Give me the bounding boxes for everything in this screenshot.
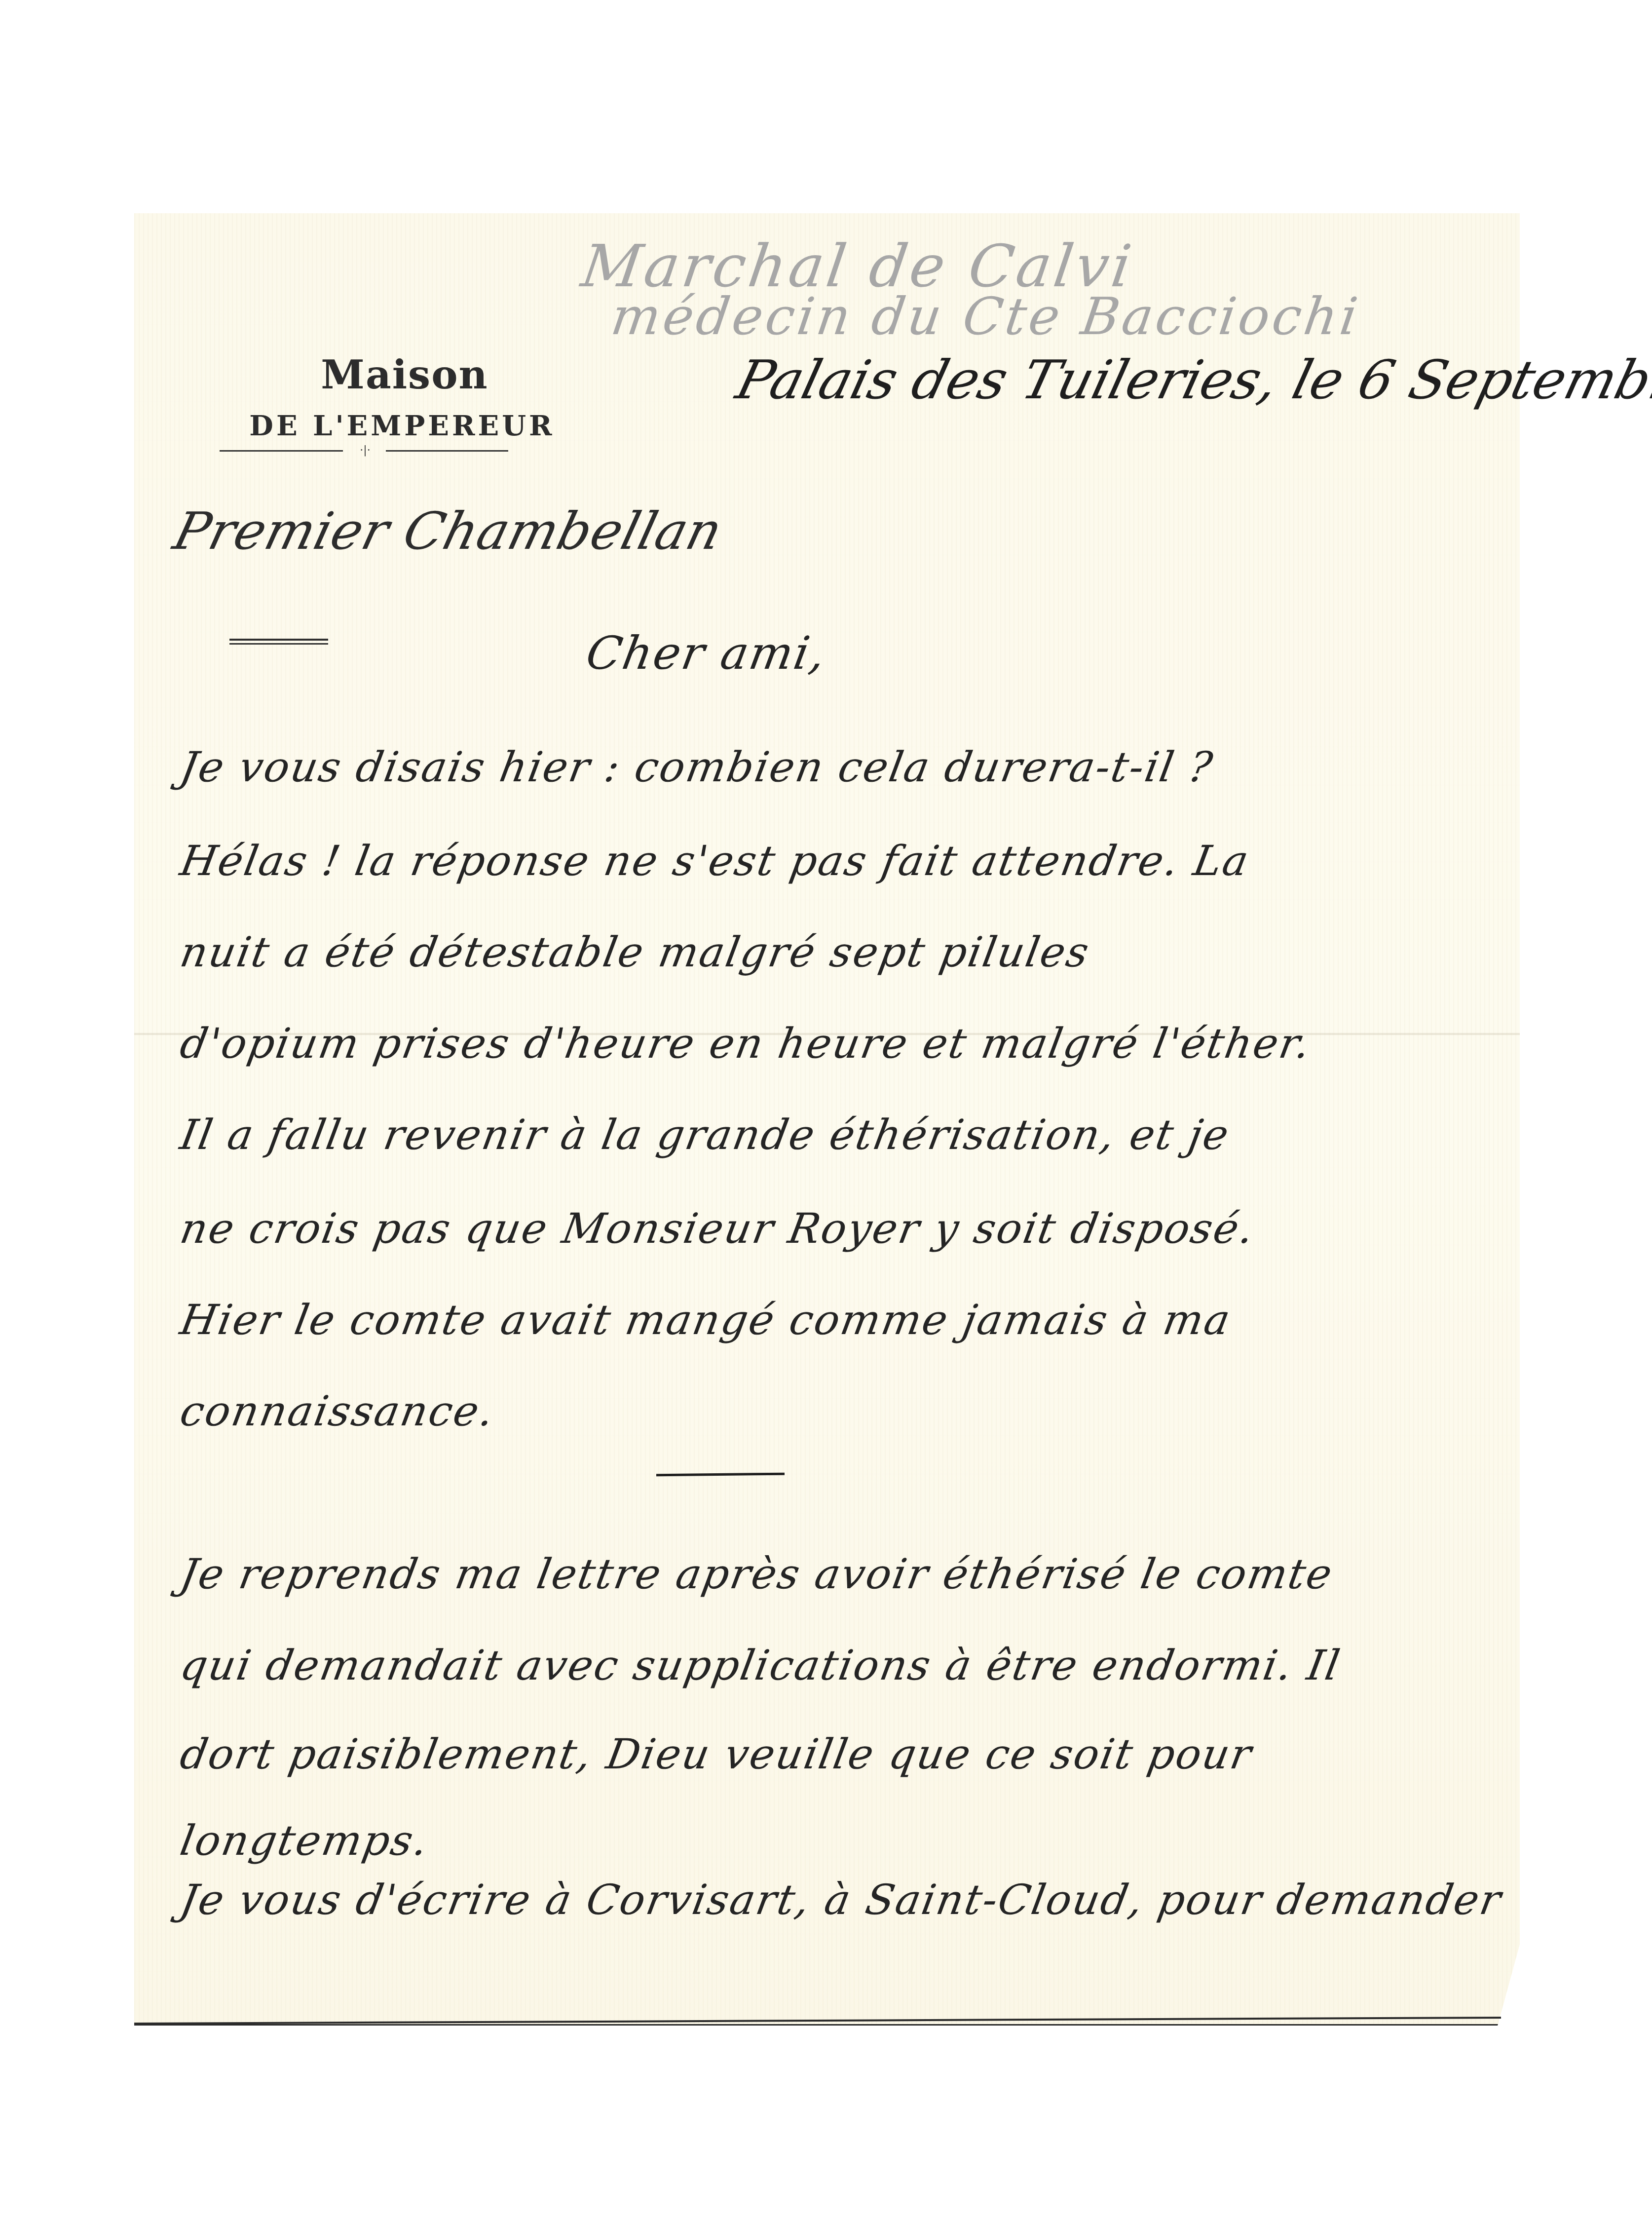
letterhead-rule-right xyxy=(386,450,508,452)
body-line: ne crois pas que Monsieur Royer y soit d… xyxy=(177,1204,1259,1253)
body-line: longtemps. xyxy=(177,1816,433,1865)
letterhead-maison: Maison xyxy=(316,351,493,398)
body-line: connaissance. xyxy=(177,1387,499,1435)
body-line: Il a fallu revenir à la grande éthérisat… xyxy=(177,1110,1234,1159)
body-line: dort paisiblement, Dieu veuille que ce s… xyxy=(177,1730,1256,1778)
body-line: Je reprends ma lettre après avoir éthéri… xyxy=(177,1550,1337,1598)
letterhead-double-rule xyxy=(229,639,328,645)
body-line: qui demandait avec supplications à être … xyxy=(177,1641,1345,1689)
letterhead-rule-left xyxy=(220,450,343,452)
body-line: Hier le comte avait mangé comme jamais à… xyxy=(177,1296,1235,1344)
body-line: Je vous d'écrire à Corvisart, à Saint-Cl… xyxy=(177,1876,1506,1924)
letterhead-empereur: DE L'EMPEREUR xyxy=(188,410,617,442)
body-line: nuit a été détestable malgré sept pilule… xyxy=(177,928,1094,976)
body-line: Hélas ! la réponse ne s'est pas fait att… xyxy=(177,837,1253,885)
letterhead-ornament-icon: ·|· xyxy=(345,446,385,456)
body-line: Je vous disais hier : combien cela durer… xyxy=(177,743,1217,791)
dateline: Palais des Tuileries, le 6 Septembre 186… xyxy=(730,349,1652,411)
salutation: Cher ami, xyxy=(582,627,831,680)
letterhead-office: Premier Chambellan xyxy=(168,501,729,561)
pencil-annotation-line-2: médecin du Cte Bacciochi xyxy=(607,286,1364,346)
body-line: d'opium prises d'heure en heure et malgr… xyxy=(177,1019,1315,1068)
